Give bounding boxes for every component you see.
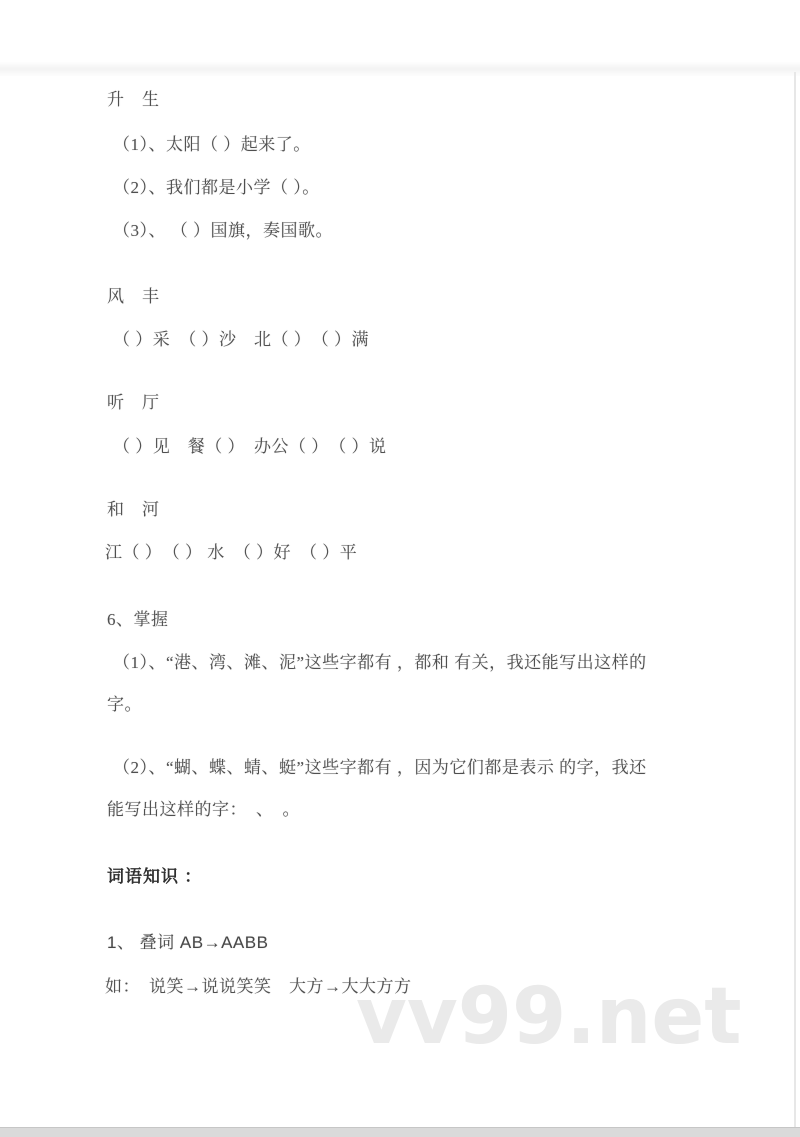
watermark: vv99.net [356, 978, 742, 1056]
word-pair-sheng: 升 生 [107, 88, 160, 112]
item-2-continuation: 能写出这样的字： 、 。 [107, 798, 300, 822]
word-pair-feng: 风 丰 [107, 285, 160, 309]
page-edge-line [794, 72, 796, 1128]
item-3-flag: （3）、 （ ）国旗，奏国歌。 [113, 219, 333, 243]
page-gap-band [0, 62, 800, 76]
document-page: vv99.net 升 生 （1）、太阳（ ）起来了。 （2）、我们都是小学（ ）… [0, 0, 800, 1137]
item-1-continuation: 字。 [107, 693, 142, 717]
heading-6-master: 6、掌握 [107, 608, 169, 632]
item-1-sun: （1）、太阳（ ）起来了。 [113, 133, 311, 157]
fill-blanks-he: 江（ ） （ ） 水 （ ）好 （ ）平 [105, 541, 357, 565]
example-reduplication: 如： 说笑→说说笑笑 大方→大大方方 [105, 975, 412, 999]
word-pair-ting: 听 厅 [107, 391, 160, 415]
item-1-water-radicals: （1）、“港、湾、滩、泥”这些字都有 ，都和 有关，我还能写出这样的 [113, 651, 647, 675]
item-2-students: （2）、我们都是小学（ ）。 [113, 176, 320, 200]
fill-blanks-feng: （ ）采 （ ）沙 北（ ） （ ）满 [113, 328, 369, 352]
item-reduplication-rule: 1、 叠词 AB→AABB [107, 931, 268, 955]
item-2-insect-radicals: （2）、“蝴、蝶、蜻、蜓”这些字都有 ，因为它们都是表示 的字，我还 [113, 756, 647, 780]
fill-blanks-ting: （ ）见 餐（ ） 办公（ ） （ ）说 [113, 435, 387, 459]
word-pair-he: 和 河 [107, 498, 160, 522]
heading-vocab-knowledge: 词语知识 ： [107, 865, 202, 889]
footer-strip [0, 1127, 800, 1137]
